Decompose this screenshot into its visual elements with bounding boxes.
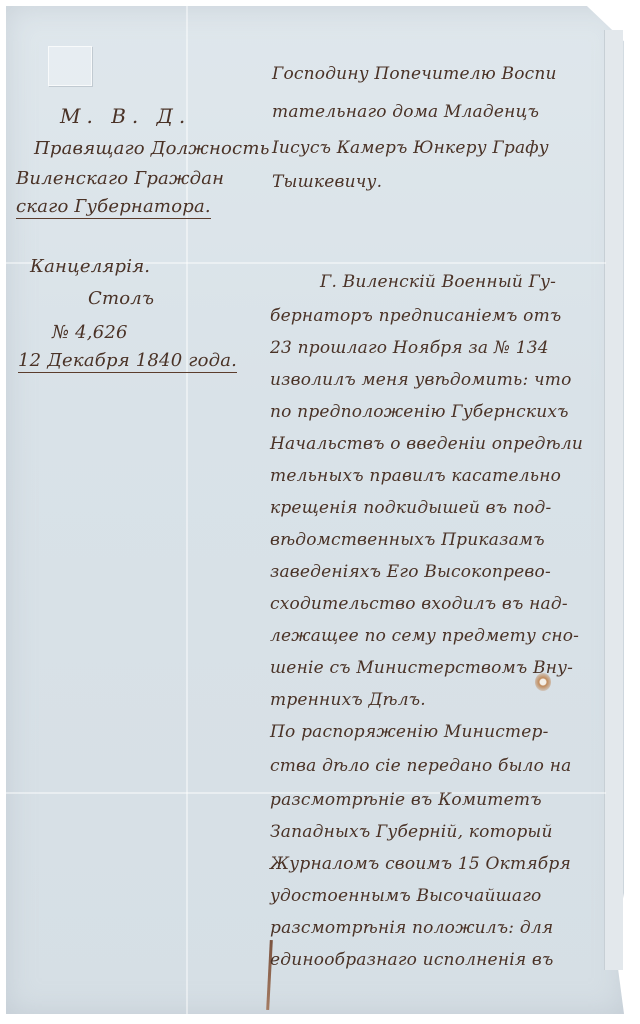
- registry-date: 12 Декабря 1840 года.: [18, 350, 237, 373]
- body-line-18: Западныхъ Губерній, который: [270, 822, 553, 842]
- ministry-abbrev: М. В. Д.: [60, 104, 191, 128]
- body-line-20: удостоеннымъ Высочайшаго: [270, 886, 542, 906]
- body-line-8: крещенія подкидышей въ под-: [270, 498, 551, 518]
- body-line-13: шеніе съ Министерствомъ Вну-: [270, 658, 573, 678]
- body-line-21: разсмотрѣнія положилъ: для: [270, 918, 553, 938]
- body-line-14: треннихъ Дѣлъ.: [270, 690, 426, 710]
- addressee-line-4: Тышкевичу.: [272, 172, 382, 192]
- office-line-2: Виленскаго Граждан: [16, 168, 224, 189]
- paper-edge-strip: [604, 30, 623, 970]
- body-line-10: заведеніяхъ Его Высокопрево-: [270, 562, 551, 582]
- body-line-16: ства дѣло сіе передано было на: [270, 756, 571, 776]
- body-line-6: Начальствъ о введеніи опредѣли: [270, 434, 583, 454]
- registry-number: № 4,626: [52, 322, 128, 343]
- body-line-3: 23 прошлаго Ноября за № 134: [270, 338, 549, 358]
- addressee-line-2: тательнаго дома Младенцъ: [272, 102, 539, 122]
- body-line-7: тельныхъ правилъ касательно: [270, 466, 561, 486]
- body-line-5: по предположенію Губернскихъ: [270, 402, 569, 422]
- body-line-2: бернаторъ предписаніемъ отъ: [270, 306, 561, 326]
- desk-label: Столъ: [88, 288, 154, 309]
- body-line-22: единообразнаго исполненія въ: [270, 950, 554, 970]
- body-line-1: Г. Виленскій Военный Гу-: [320, 272, 556, 292]
- body-line-12: лежащее по сему предмету сно-: [270, 626, 579, 646]
- office-line-1: Правящаго Должность: [34, 138, 270, 159]
- addressee-line-1: Господину Попечителю Воспи: [272, 64, 557, 84]
- body-line-19: Журналомъ своимъ 15 Октября: [270, 854, 571, 874]
- body-line-4: изволилъ меня увѣдомить: что: [270, 370, 572, 390]
- body-line-11: сходительство входилъ въ над-: [270, 594, 568, 614]
- body-line-15: По распоряженію Министер-: [270, 722, 549, 742]
- body-line-9: вѣдомственныхъ Приказамъ: [270, 530, 545, 550]
- office-line-3: скаго Губернатора.: [16, 196, 211, 219]
- embossed-stamp-icon: [48, 46, 92, 86]
- body-line-17: разсмотрѣніе въ Комитетъ: [270, 790, 542, 810]
- chancery-label: Канцелярія.: [30, 256, 150, 277]
- addressee-line-3: Іисусъ Камеръ Юнкеру Графу: [272, 138, 549, 158]
